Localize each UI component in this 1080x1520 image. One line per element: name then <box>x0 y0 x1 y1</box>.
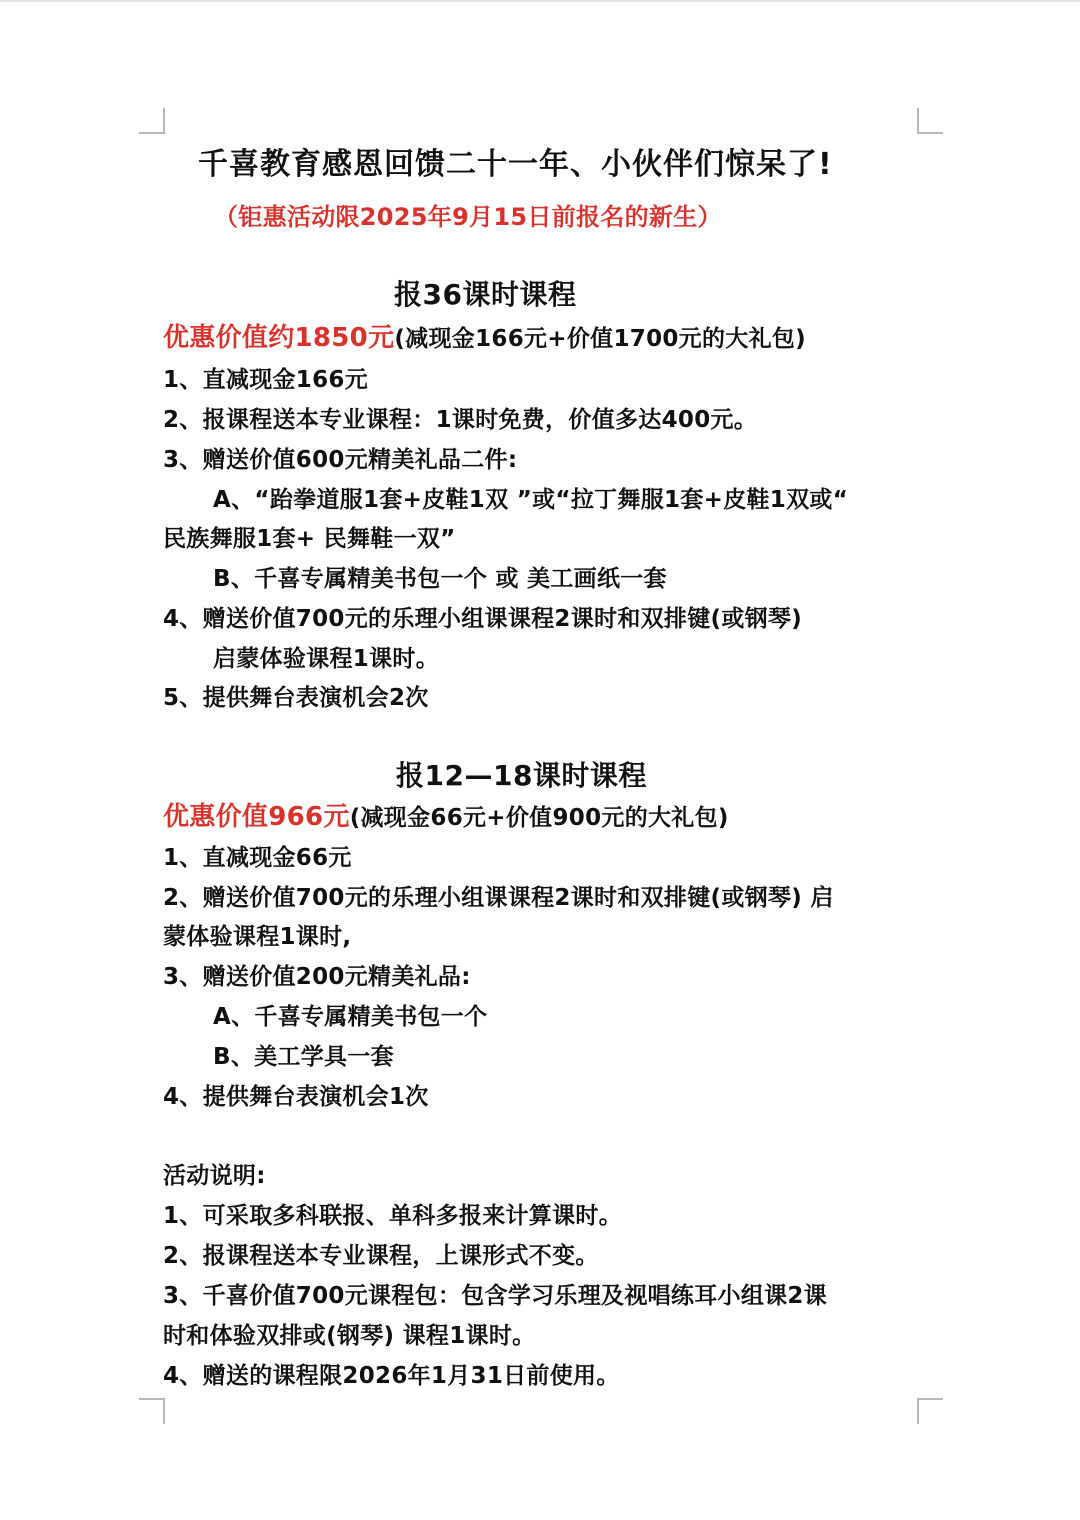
offer-detail: (减现金166元+价值1700元的大礼包) <box>394 326 806 352</box>
corner-mark-top-right <box>917 108 943 134</box>
note-item: 2、报课程送本专业课程，上课形式不变。 <box>163 1241 599 1271</box>
list-item: 4、提供舞台表演机会1次 <box>163 1082 429 1112</box>
offer-highlight: 优惠价值约1850元 <box>163 323 394 353</box>
offer-detail: (减现金66元+价值900元的大礼包) <box>350 805 729 831</box>
section-heading-12-18: 报12—18课时课程 <box>396 758 647 794</box>
list-item: 4、赠送价值700元的乐理小组课课程2课时和双排键(或钢琴) <box>163 604 802 634</box>
corner-mark-bottom-right <box>917 1398 943 1424</box>
list-item: 3、赠送价值600元精美礼品二件: <box>163 445 517 475</box>
note-item: 1、可采取多科联报、单科多报来计算课时。 <box>163 1201 622 1231</box>
offer-line-12-18: 优惠价值966元(减现金66元+价值900元的大礼包) <box>163 802 729 833</box>
document-subtitle: （钜惠活动限2025年9月15日前报名的新生） <box>214 201 722 233</box>
list-subitem: B、千喜专属精美书包一个 或 美工画纸一套 <box>213 564 667 594</box>
note-item: 4、赠送的课程限2026年1月31日前使用。 <box>163 1361 620 1391</box>
corner-mark-top-left <box>139 108 165 134</box>
list-item-continued: 蒙体验课程1课时, <box>163 922 351 952</box>
list-subitem: A、千喜专属精美书包一个 <box>213 1002 487 1032</box>
list-item: 2、报课程送本专业课程：1课时免费，价值多达400元。 <box>163 405 757 435</box>
list-item: 1、直减现金166元 <box>163 365 368 395</box>
list-item: 3、赠送价值200元精美礼品: <box>163 962 471 992</box>
section-heading-36: 报36课时课程 <box>394 277 576 313</box>
list-subitem: A、“跆拳道服1套+皮鞋1双 ”或“拉丁舞服1套+皮鞋1双或“ <box>213 485 848 515</box>
list-subitem-continued: 民族舞服1套+ 民舞鞋一双” <box>163 524 456 554</box>
list-item: 1、直减现金66元 <box>163 843 352 873</box>
note-item: 3、千喜价值700元课程包：包含学习乐理及视唱练耳小组课2课 <box>163 1281 827 1311</box>
top-border <box>0 0 1080 2</box>
offer-line-36: 优惠价值约1850元(减现金166元+价值1700元的大礼包) <box>163 323 806 354</box>
corner-mark-bottom-left <box>139 1398 165 1424</box>
list-item-continued: 启蒙体验课程1课时。 <box>213 644 439 674</box>
list-item: 2、赠送价值700元的乐理小组课课程2课时和双排键(或钢琴) 启 <box>163 883 834 913</box>
document-title: 千喜教育感恩回馈二十一年、小伙伴们惊呆了! <box>198 145 833 185</box>
note-item-continued: 时和体验双排或(钢琴) 课程1课时。 <box>163 1321 535 1351</box>
offer-highlight: 优惠价值966元 <box>163 802 350 832</box>
notes-heading: 活动说明: <box>163 1161 266 1191</box>
list-subitem: B、美工学具一套 <box>213 1042 394 1072</box>
list-item: 5、提供舞台表演机会2次 <box>163 683 429 713</box>
